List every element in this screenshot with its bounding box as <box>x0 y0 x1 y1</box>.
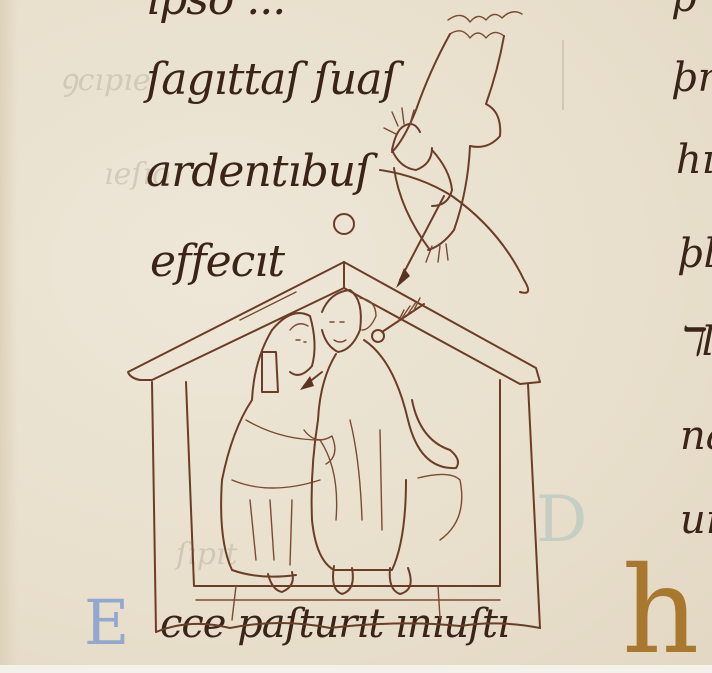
house-walls <box>152 380 540 632</box>
arrow-in-chest <box>300 372 322 390</box>
man-figure <box>304 290 462 594</box>
arrow-shot <box>396 196 444 288</box>
manuscript-page: ꝯcıpıe ıeſıo ſıpıt ıpso ... ſagıttaſ ſua… <box>0 0 712 665</box>
page-bottom-margin <box>0 665 712 673</box>
pen-drawing-illustration <box>0 0 712 665</box>
archer-figure <box>380 12 528 293</box>
arrow-in-roof <box>372 298 424 342</box>
